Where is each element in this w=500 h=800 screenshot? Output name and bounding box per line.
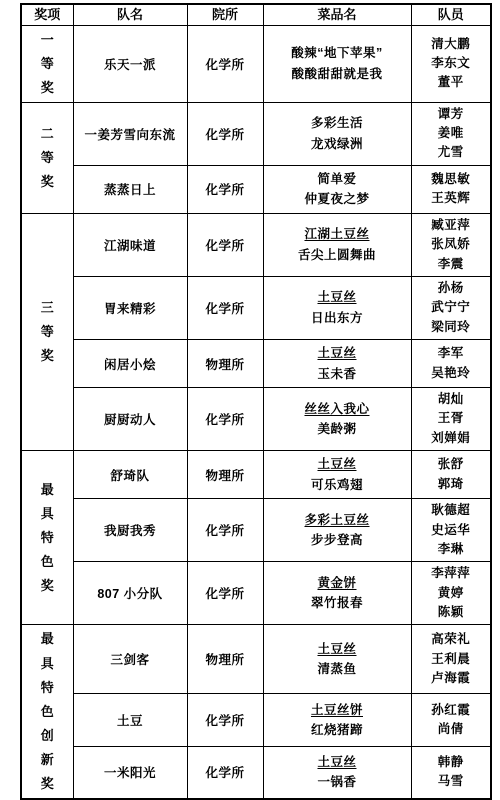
- member-name: 韩静: [414, 753, 489, 772]
- column-header: 队员: [411, 4, 491, 25]
- table-row: 三等奖江湖味道化学所江湖土豆丝舌尖上圆舞曲臧亚萍张凤娇李震: [21, 213, 491, 276]
- dish-names-cell: 多彩生活龙戏绿洲: [263, 102, 411, 165]
- member-name: 王利晨: [414, 650, 489, 669]
- member-name: 李萍萍: [414, 564, 489, 583]
- table-row: 我厨我秀化学所多彩土豆丝步步登高耿德超史运华李琳: [21, 499, 491, 562]
- dish-name: 土豆丝: [266, 639, 409, 660]
- member-name: 臧亚萍: [414, 216, 489, 235]
- team-members-cell: 李萍萍黄婷陈颖: [411, 562, 491, 625]
- team-name-cell: 一米阳光: [73, 746, 187, 798]
- institute-cell: 化学所: [187, 562, 263, 625]
- dish-name: 舌尖上圆舞曲: [266, 245, 409, 266]
- table-row: 一等奖乐天一派化学所酸辣“地下苹果”酸酸甜甜就是我清大鹏李东文董平: [21, 25, 491, 102]
- dish-names-cell: 土豆丝饼红烧猪蹄: [263, 694, 411, 746]
- institute-cell: 化学所: [187, 165, 263, 213]
- dish-name: 土豆丝: [266, 287, 409, 308]
- team-name-cell: 我厨我秀: [73, 499, 187, 562]
- dish-name: 玉未香: [266, 364, 409, 385]
- awards-table: 奖项队名院所菜品名队员 一等奖乐天一派化学所酸辣“地下苹果”酸酸甜甜就是我清大鹏…: [20, 3, 492, 800]
- team-name-cell: 胃来精彩: [73, 276, 187, 339]
- institute-cell: 化学所: [187, 499, 263, 562]
- team-name-cell: 舒琦队: [73, 451, 187, 499]
- table-row: 最具特色奖舒琦队物理所土豆丝可乐鸡翅张舒郭琦: [21, 451, 491, 499]
- member-name: 王英辉: [414, 189, 489, 208]
- member-name: 李东文: [414, 54, 489, 73]
- member-name: 张凤娇: [414, 235, 489, 254]
- member-name: 尤雪: [414, 143, 489, 162]
- table-row: 胃来精彩化学所土豆丝日出东方孙杨武宁宁梁同玲: [21, 276, 491, 339]
- dish-name: 土豆丝饼: [266, 700, 409, 721]
- dish-names-cell: 简单爱仲夏夜之梦: [263, 165, 411, 213]
- member-name: 孙红霞: [414, 701, 489, 720]
- member-name: 王胥: [414, 409, 489, 428]
- dish-names-cell: 丝丝入我心美龄粥: [263, 388, 411, 451]
- award-category-cell: 最具特色创新奖: [21, 625, 73, 799]
- dish-name: 土豆丝: [266, 343, 409, 364]
- dish-name: 美龄粥: [266, 419, 409, 440]
- member-name: 吴艳玲: [414, 364, 489, 383]
- member-name: 耿德超: [414, 501, 489, 520]
- page: 奖项队名院所菜品名队员 一等奖乐天一派化学所酸辣“地下苹果”酸酸甜甜就是我清大鹏…: [0, 0, 500, 753]
- member-name: 张舒: [414, 455, 489, 474]
- institute-cell: 化学所: [187, 388, 263, 451]
- member-name: 刘婵娟: [414, 429, 489, 448]
- team-members-cell: 耿德超史运华李琳: [411, 499, 491, 562]
- table-row: 闲居小烩物理所土豆丝玉未香李军吴艳玲: [21, 340, 491, 388]
- dish-name: 翠竹报春: [266, 593, 409, 614]
- table-row: 二等奖一姜芳雪向东流化学所多彩生活龙戏绿洲谭芳姜唯尤雪: [21, 102, 491, 165]
- team-members-cell: 张舒郭琦: [411, 451, 491, 499]
- team-members-cell: 清大鹏李东文董平: [411, 25, 491, 102]
- award-category-label: 一等奖: [40, 28, 54, 100]
- team-members-cell: 谭芳姜唯尤雪: [411, 102, 491, 165]
- dish-name: 日出东方: [266, 308, 409, 329]
- dish-names-cell: 土豆丝一锅香: [263, 746, 411, 798]
- member-name: 尚倩: [414, 720, 489, 739]
- member-name: 马雪: [414, 772, 489, 791]
- team-members-cell: 李军吴艳玲: [411, 340, 491, 388]
- award-category-label: 二等奖: [40, 122, 54, 194]
- award-category-cell: 二等奖: [21, 102, 73, 213]
- dish-name: 土豆丝: [266, 752, 409, 773]
- column-header: 菜品名: [263, 4, 411, 25]
- dish-name: 酸酸甜甜就是我: [266, 64, 409, 85]
- dish-names-cell: 江湖土豆丝舌尖上圆舞曲: [263, 213, 411, 276]
- member-name: 郭琦: [414, 475, 489, 494]
- team-name-cell: 蒸蒸日上: [73, 165, 187, 213]
- award-category-label: 最具特色创新奖: [40, 627, 54, 795]
- team-members-cell: 韩静马雪: [411, 746, 491, 798]
- table-row: 最具特色创新奖三剑客物理所土豆丝清蒸鱼高荣礼王利晨卢海霞: [21, 625, 491, 694]
- dish-name: 清蒸鱼: [266, 659, 409, 680]
- member-name: 清大鹏: [414, 35, 489, 54]
- institute-cell: 化学所: [187, 746, 263, 798]
- table-row: 厨厨动人化学所丝丝入我心美龄粥胡灿王胥刘婵娟: [21, 388, 491, 451]
- member-name: 胡灿: [414, 390, 489, 409]
- dish-name: 黄金饼: [266, 573, 409, 594]
- member-name: 董平: [414, 73, 489, 92]
- member-name: 姜唯: [414, 124, 489, 143]
- column-header: 院所: [187, 4, 263, 25]
- member-name: 谭芳: [414, 105, 489, 124]
- member-name: 李震: [414, 255, 489, 274]
- member-name: 孙杨: [414, 279, 489, 298]
- member-name: 高荣礼: [414, 630, 489, 649]
- team-members-cell: 孙杨武宁宁梁同玲: [411, 276, 491, 339]
- dish-names-cell: 酸辣“地下苹果”酸酸甜甜就是我: [263, 25, 411, 102]
- member-name: 李琳: [414, 540, 489, 559]
- dish-names-cell: 黄金饼翠竹报春: [263, 562, 411, 625]
- institute-cell: 化学所: [187, 213, 263, 276]
- column-header: 奖项: [21, 4, 73, 25]
- table-row: 807 小分队化学所黄金饼翠竹报春李萍萍黄婷陈颖: [21, 562, 491, 625]
- team-name-cell: 江湖味道: [73, 213, 187, 276]
- dish-name: 酸辣“地下苹果”: [266, 43, 409, 64]
- member-name: 卢海霞: [414, 669, 489, 688]
- team-name-cell: 807 小分队: [73, 562, 187, 625]
- table-row: 一米阳光化学所土豆丝一锅香韩静马雪: [21, 746, 491, 798]
- institute-cell: 化学所: [187, 102, 263, 165]
- dish-names-cell: 多彩土豆丝步步登高: [263, 499, 411, 562]
- dish-name: 仲夏夜之梦: [266, 189, 409, 210]
- team-members-cell: 臧亚萍张凤娇李震: [411, 213, 491, 276]
- dish-names-cell: 土豆丝清蒸鱼: [263, 625, 411, 694]
- institute-cell: 物理所: [187, 340, 263, 388]
- award-category-cell: 三等奖: [21, 213, 73, 450]
- team-name-cell: 厨厨动人: [73, 388, 187, 451]
- table-body: 一等奖乐天一派化学所酸辣“地下苹果”酸酸甜甜就是我清大鹏李东文董平二等奖一姜芳雪…: [21, 25, 491, 799]
- team-members-cell: 胡灿王胥刘婵娟: [411, 388, 491, 451]
- member-name: 史运华: [414, 521, 489, 540]
- header-row: 奖项队名院所菜品名队员: [21, 4, 491, 25]
- institute-cell: 物理所: [187, 451, 263, 499]
- team-name-cell: 三剑客: [73, 625, 187, 694]
- member-name: 魏思敏: [414, 170, 489, 189]
- dish-name: 多彩生活: [266, 113, 409, 134]
- member-name: 武宁宁: [414, 298, 489, 317]
- dish-name: 江湖土豆丝: [266, 224, 409, 245]
- institute-cell: 化学所: [187, 276, 263, 339]
- table-row: 蒸蒸日上化学所简单爱仲夏夜之梦魏思敏王英辉: [21, 165, 491, 213]
- dish-name: 多彩土豆丝: [266, 510, 409, 531]
- institute-cell: 化学所: [187, 25, 263, 102]
- award-category-cell: 一等奖: [21, 25, 73, 102]
- dish-name: 龙戏绿洲: [266, 134, 409, 155]
- column-header: 队名: [73, 4, 187, 25]
- team-members-cell: 孙红霞尚倩: [411, 694, 491, 746]
- institute-cell: 物理所: [187, 625, 263, 694]
- team-name-cell: 闲居小烩: [73, 340, 187, 388]
- team-members-cell: 高荣礼王利晨卢海霞: [411, 625, 491, 694]
- team-name-cell: 一姜芳雪向东流: [73, 102, 187, 165]
- member-name: 黄婷: [414, 584, 489, 603]
- dish-name: 可乐鸡翅: [266, 475, 409, 496]
- award-category-label: 三等奖: [40, 296, 54, 368]
- member-name: 梁同玲: [414, 318, 489, 337]
- member-name: 陈颖: [414, 603, 489, 622]
- member-name: 李军: [414, 344, 489, 363]
- award-category-label: 最具特色奖: [40, 478, 54, 598]
- dish-name: 土豆丝: [266, 454, 409, 475]
- dish-name: 一锅香: [266, 772, 409, 793]
- table-header: 奖项队名院所菜品名队员: [21, 4, 491, 25]
- award-category-cell: 最具特色奖: [21, 451, 73, 625]
- institute-cell: 化学所: [187, 694, 263, 746]
- dish-name: 步步登高: [266, 530, 409, 551]
- dish-names-cell: 土豆丝玉未香: [263, 340, 411, 388]
- dish-name: 丝丝入我心: [266, 399, 409, 420]
- team-name-cell: 土豆: [73, 694, 187, 746]
- dish-name: 简单爱: [266, 169, 409, 190]
- dish-name: 红烧猪蹄: [266, 720, 409, 741]
- dish-names-cell: 土豆丝可乐鸡翅: [263, 451, 411, 499]
- team-name-cell: 乐天一派: [73, 25, 187, 102]
- dish-names-cell: 土豆丝日出东方: [263, 276, 411, 339]
- table-row: 土豆化学所土豆丝饼红烧猪蹄孙红霞尚倩: [21, 694, 491, 746]
- team-members-cell: 魏思敏王英辉: [411, 165, 491, 213]
